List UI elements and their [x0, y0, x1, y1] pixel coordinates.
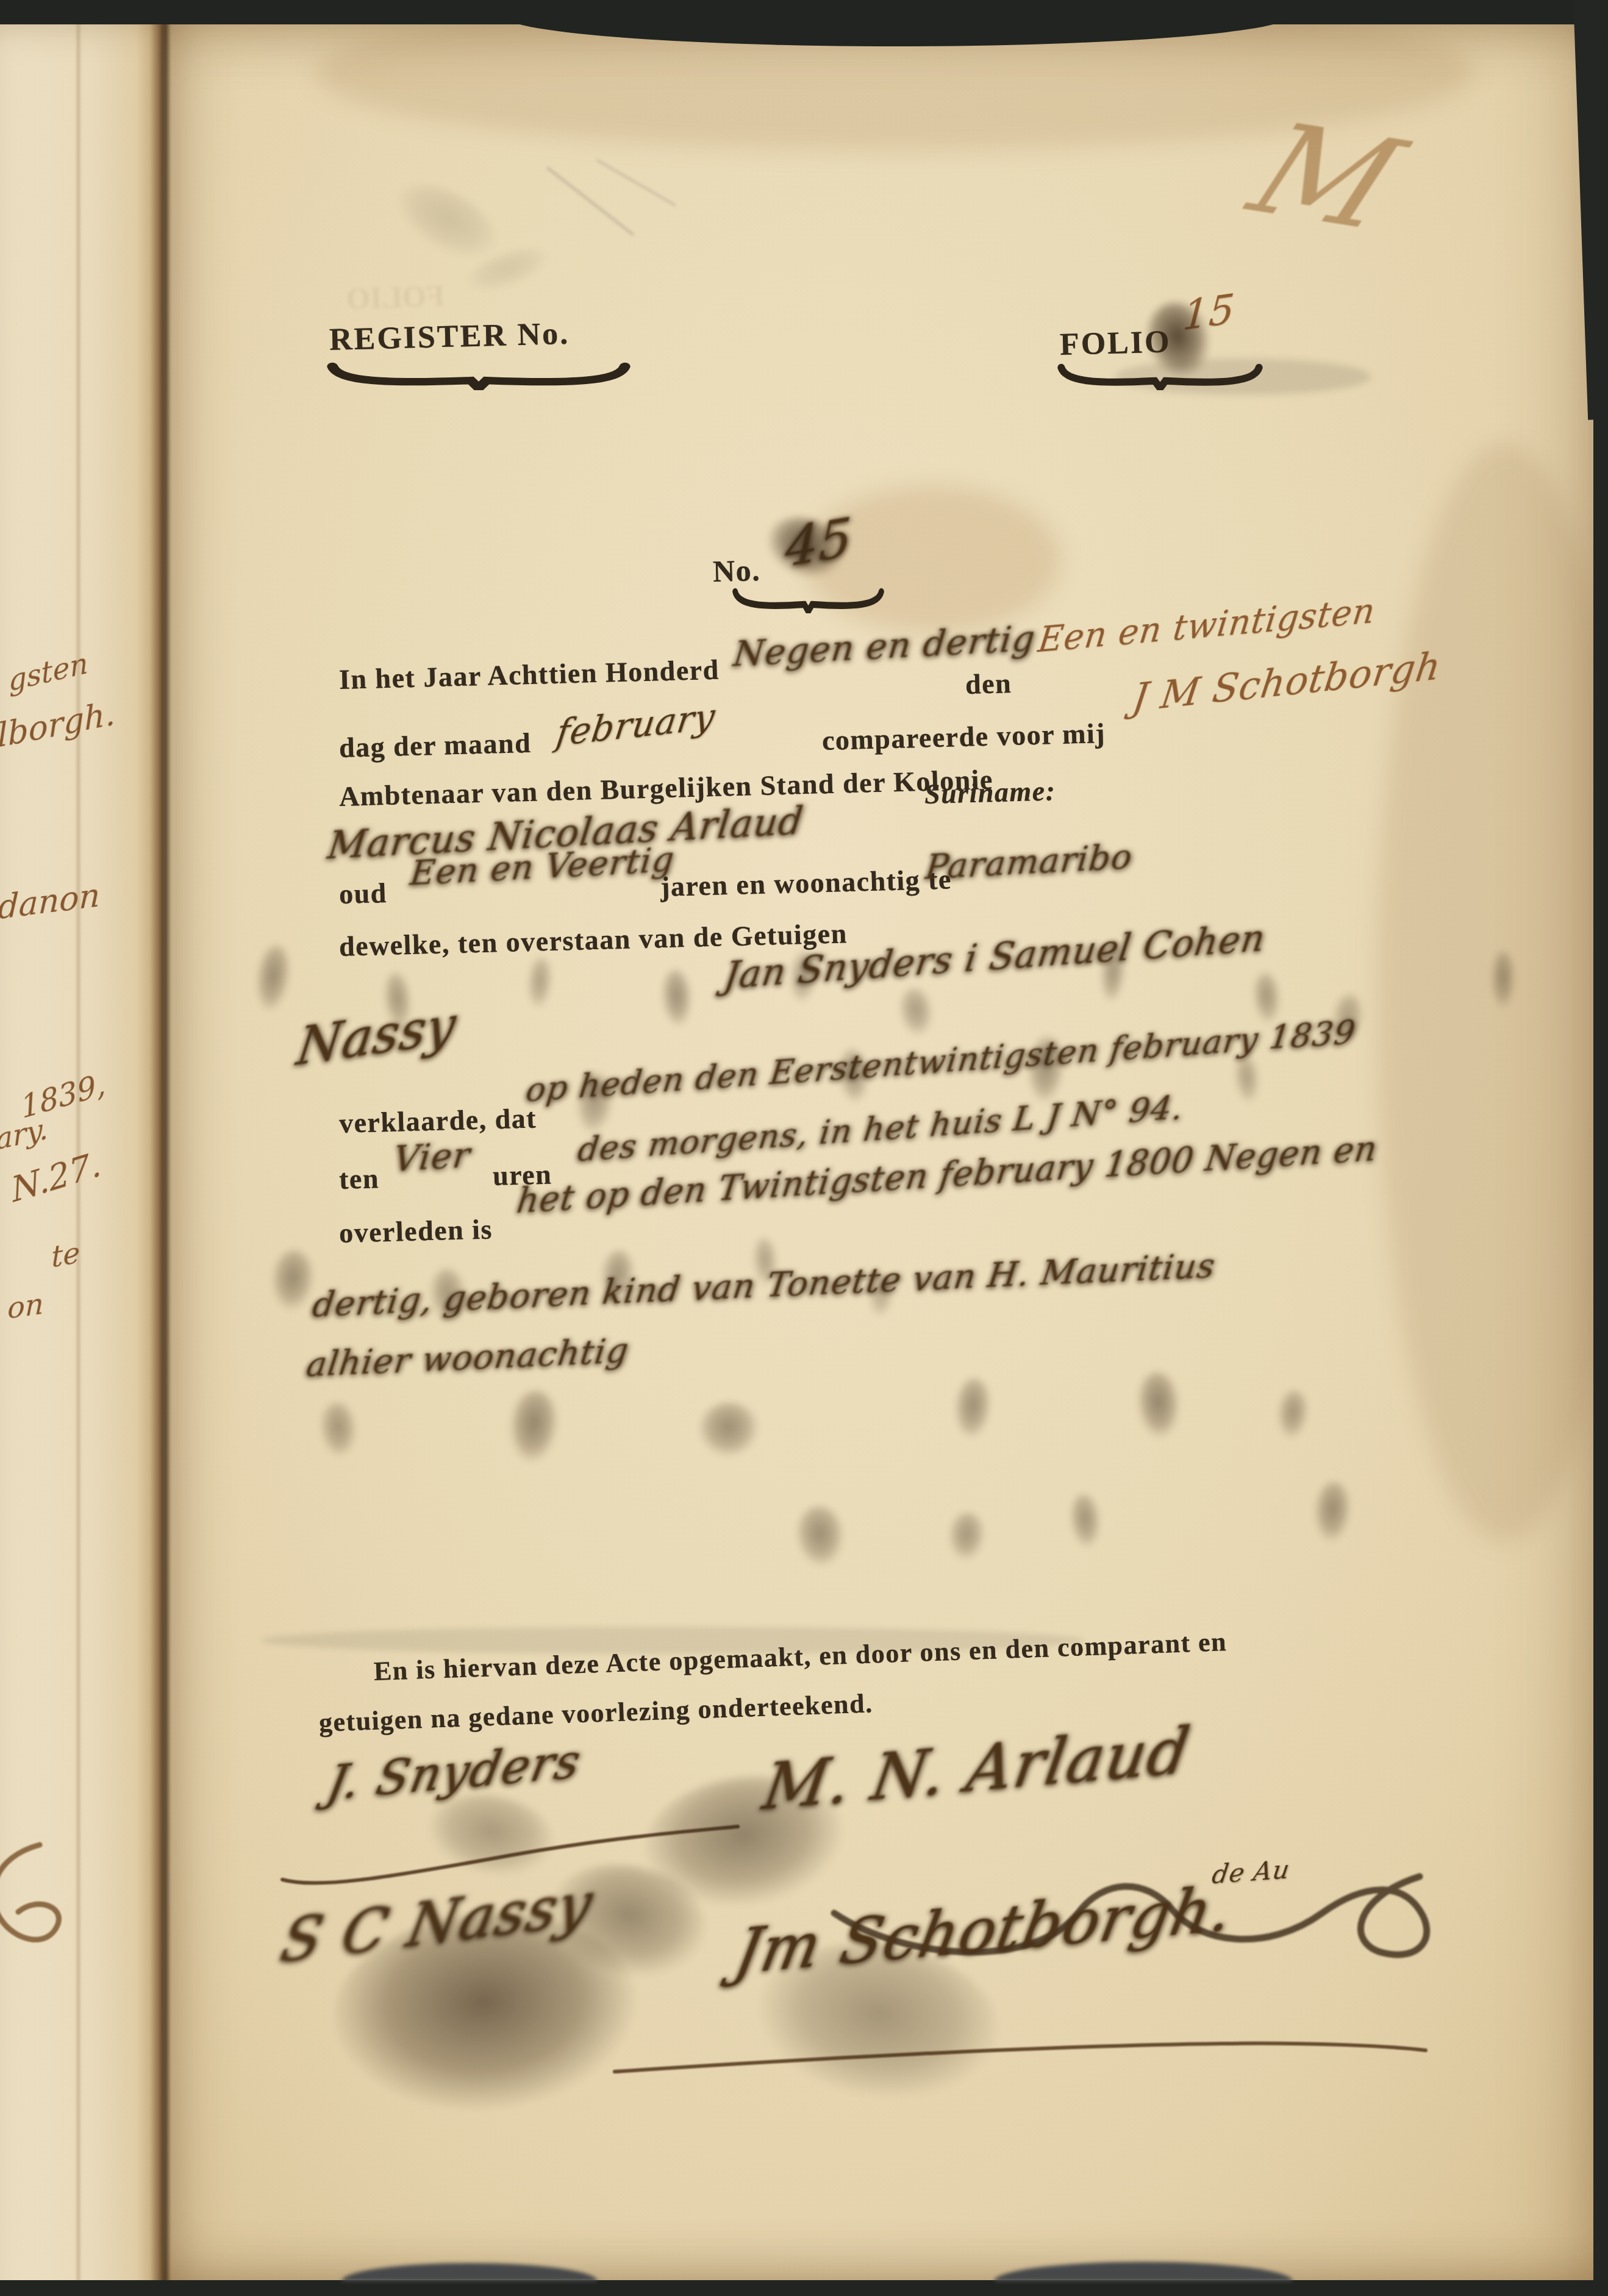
scanned-document: gsten lborgh. danon 1839, ary. N.27. te …: [0, 0, 1608, 2296]
margin-flourish: [0, 1839, 67, 1967]
bleedthrough-ghost: FOLIO: [346, 277, 445, 316]
pencil-mark: [546, 166, 634, 236]
margin-fragment: ary.: [0, 1111, 49, 1157]
document-page: REGISTER No. FOLIO FOLIO 15 M No. 45 In …: [163, 17, 1598, 2280]
death-date-handwritten: op heden den Eerstentwintigsten february…: [524, 1013, 1358, 1110]
hour-handwritten: Vier: [391, 1133, 472, 1179]
body-line2-printed: dag der maand: [338, 727, 531, 764]
folio-label: FOLIO: [1059, 324, 1171, 363]
deceased-handwritten2: dertig, geboren kind van Tonette van H. …: [310, 1246, 1218, 1325]
body-line2-handwritten2: J M Schotborgh: [1130, 643, 1444, 721]
body-line10-printed: ten: [338, 1162, 379, 1196]
pencil-mark: [596, 159, 676, 207]
signature-witness1: J. Snyders: [323, 1733, 586, 1811]
act-no-value: 45: [784, 506, 853, 580]
margin-fragment: N.27.: [9, 1144, 104, 1211]
body-line2-handwritten: february: [554, 695, 718, 754]
body-line3-printed-italic: Suriname:: [924, 774, 1056, 810]
scanner-edge-bottom: [0, 2280, 1608, 2296]
body-line9-printed: verklaarde, dat: [338, 1102, 537, 1139]
register-label: REGISTER No.: [329, 316, 570, 358]
closing-line1: En is hiervan deze Acte opgemaakt, en do…: [373, 1626, 1227, 1687]
body-line5-printed: oud: [338, 877, 387, 910]
act-no-label: No.: [712, 552, 761, 589]
book-gutter: [150, 12, 171, 2296]
residence-handwritten: Paramaribo: [924, 836, 1135, 887]
register-brace: [323, 362, 634, 390]
facing-page-edge: gsten lborgh. danon 1839, ary. N.27. te …: [0, 16, 166, 2296]
corner-monogram: M: [1232, 96, 1421, 258]
margin-fragment: lborgh.: [0, 693, 116, 755]
body-line1-handwritten: Negen en dertig: [731, 617, 1037, 674]
body-line2-printed2: compareerde voor mij: [821, 717, 1106, 757]
deceased-handwritten3: alhier woonachtig: [304, 1331, 632, 1385]
margin-fragment: te: [51, 1235, 80, 1275]
body-line11-printed: overleden is: [338, 1213, 493, 1249]
body-line1-printed2: den: [965, 667, 1012, 701]
paper-toning: [1377, 444, 1608, 1541]
witness-surname-handwritten: Nassy: [293, 994, 460, 1077]
margin-fragment: on: [7, 1286, 44, 1325]
body-line1-printed: In het Jaar Achttien Honderd: [338, 654, 720, 696]
signature-declarant: M. N. Arlaud: [758, 1712, 1196, 1825]
signature-official-underline: [612, 2035, 1429, 2078]
act-no-brace: [731, 588, 886, 613]
margin-fragment: danon: [0, 875, 101, 926]
closing-line2: getuigen na gedane voorlezing onderteeke…: [318, 1688, 873, 1738]
folio-brace: [1055, 363, 1265, 390]
body-line1-handwritten2: Een en twintigsten: [1036, 591, 1378, 660]
folio-number: 15: [1181, 285, 1237, 340]
body-line5-printed2: jaren en woonachtig te: [660, 863, 952, 902]
